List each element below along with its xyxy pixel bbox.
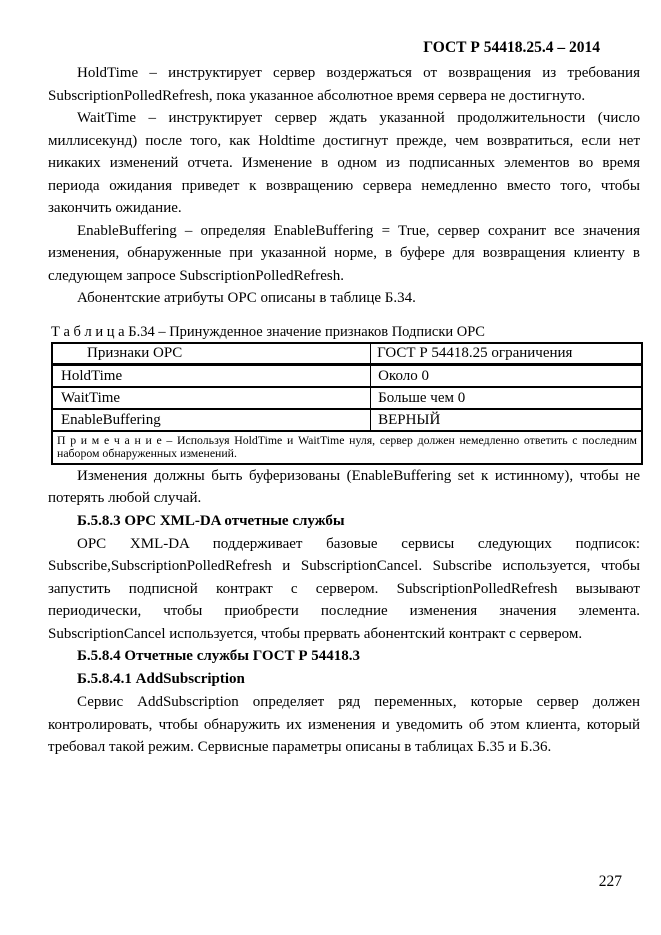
table-b34: Признаки OPC ГОСТ Р 54418.25 ограничения… [51,342,643,465]
table-caption: Т а б л и ц а Б.34 – Принужденное значен… [51,322,640,342]
table-row: HoldTime Около 0 [52,364,642,387]
heading-b583: Б.5.8.3 OPC XML-DA отчетные службы [48,510,640,533]
table-note: П р и м е ч а н и е – Используя HoldTime… [52,431,642,464]
paragraph-enablebuffering: EnableBuffering – определяя EnableBuffer… [48,220,640,288]
table-header-row: Признаки OPC ГОСТ Р 54418.25 ограничения [52,343,642,365]
table-row: WaitTime Больше чем 0 [52,387,642,409]
table-cell-limit: Больше чем 0 [371,387,642,409]
gost-standard-header: ГОСТ Р 54418.25.4 – 2014 [48,38,640,58]
table-header-cell-gost-limits: ГОСТ Р 54418.25 ограничения [371,343,642,365]
table-row: EnableBuffering ВЕРНЫЙ [52,409,642,431]
paragraph-opc-xml-da: OPC XML-DA поддерживает базовые сервисы … [48,533,640,646]
paragraph-holdtime: HoldTime – инструктирует сервер воздержа… [48,62,640,107]
table-cell-attribute: WaitTime [52,387,371,409]
table-cell-attribute: HoldTime [52,364,371,387]
document-page: ГОСТ Р 54418.25.4 – 2014 HoldTime – инст… [0,0,661,935]
table-cell-attribute: EnableBuffering [52,409,371,431]
table-cell-limit: ВЕРНЫЙ [371,409,642,431]
paragraph-addsubscription: Сервис AddSubscription определяет ряд пе… [48,691,640,759]
heading-b584: Б.5.8.4 Отчетные службы ГОСТ Р 54418.3 [48,645,640,668]
heading-b5841: Б.5.8.4.1 AddSubscription [48,668,640,691]
page-number: 227 [599,871,622,893]
paragraph-waittime: WaitTime – инструктирует сервер ждать ук… [48,107,640,220]
paragraph-changes-buffered: Изменения должны быть буферизованы (Enab… [48,465,640,510]
table-header-cell-opc-attributes: Признаки OPC [52,343,371,365]
table-cell-limit: Около 0 [371,364,642,387]
paragraph-subscriber-attributes: Абонентские атрибуты OPC описаны в табли… [48,287,640,310]
table-note-row: П р и м е ч а н и е – Используя HoldTime… [52,431,642,464]
